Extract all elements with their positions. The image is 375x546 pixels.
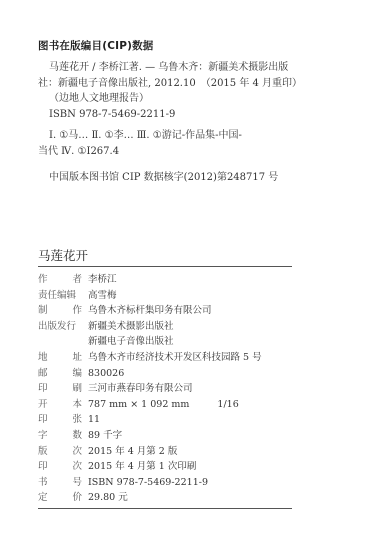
cip-entry-line: 马莲花开 / 李桥江著. — 乌鲁木齐：新疆美术摄影出版 (38, 60, 328, 76)
detail-value: 新疆美术摄影出版社 (86, 319, 174, 335)
detail-label: 地址 (38, 350, 86, 366)
detail-row-publisher-2: 新疆电子音像出版社 (38, 334, 298, 350)
detail-label: 印张 (38, 412, 86, 428)
detail-row-publisher: 出版发行 新疆美术摄影出版社 (38, 319, 298, 335)
detail-value: 2015 年 4 月第 2 版 (86, 444, 177, 460)
detail-row-isbn: 书号 ISBN 978-7-5469-2211-9 (38, 475, 298, 491)
cip-heading: 图书在版编目(CIP)数据 (38, 38, 154, 53)
detail-value: 11 (86, 412, 100, 428)
cip-classification: Ⅰ. ①马… Ⅱ. ①李… Ⅲ. ①游记-作品集-中国- 当代 Ⅳ. ①I267… (38, 128, 328, 159)
detail-row-production: 制作 乌鲁木齐标杆集印务有限公司 (38, 303, 298, 319)
detail-value: 89 千字 (86, 428, 122, 444)
detail-value: 新疆电子音像出版社 (86, 334, 174, 350)
detail-row-word-count: 字数 89 千字 (38, 428, 298, 444)
detail-label (38, 334, 86, 350)
detail-label: 作者 (38, 272, 86, 288)
book-title: 马莲花开 (38, 246, 88, 264)
detail-value: 乌鲁木齐标杆集印务有限公司 (86, 303, 212, 319)
detail-value: 三河市燕春印务有限公司 (86, 381, 193, 397)
cip-series-line: （边地人文地理报告） (38, 91, 328, 107)
detail-label: 印刷 (38, 381, 86, 397)
detail-label: 印次 (38, 459, 86, 475)
detail-label: 字数 (38, 428, 86, 444)
detail-row-edition: 版次 2015 年 4 月第 2 版 (38, 444, 298, 460)
cip-isbn-line: ISBN 978-7-5469-2211-9 (38, 107, 328, 123)
detail-row-address: 地址 乌鲁木齐市经济技术开发区科技园路 5 号 (38, 350, 298, 366)
detail-value: 787 mm × 1 092 mm1/16 (86, 397, 239, 413)
detail-label: 制作 (38, 303, 86, 319)
detail-value: ISBN 978-7-5469-2211-9 (86, 475, 208, 491)
detail-row-printing: 印次 2015 年 4 月第 1 次印刷 (38, 459, 298, 475)
detail-label: 邮编 (38, 366, 86, 382)
divider-bottom (38, 508, 292, 509)
detail-row-author: 作者 李桥江 (38, 272, 298, 288)
cip-record-number: 中国版本图书馆 CIP 数据核字(2012)第248717 号 (38, 170, 328, 186)
cip-classification-line: Ⅰ. ①马… Ⅱ. ①李… Ⅲ. ①游记-作品集-中国- (38, 128, 328, 144)
detail-label: 开本 (38, 397, 86, 413)
detail-label: 版次 (38, 444, 86, 460)
detail-row-printer: 印刷 三河市燕春印务有限公司 (38, 381, 298, 397)
cip-classification-line: 当代 Ⅳ. ①I267.4 (38, 144, 328, 160)
detail-row-sheets: 印张 11 (38, 412, 298, 428)
detail-row-format: 开本 787 mm × 1 092 mm1/16 (38, 397, 298, 413)
detail-value: 高雪梅 (86, 288, 117, 304)
book-details: 作者 李桥江 责任编辑 高雪梅 制作 乌鲁木齐标杆集印务有限公司 出版发行 新疆… (38, 272, 298, 506)
detail-value: 29.80 元 (86, 490, 128, 506)
detail-row-postcode: 邮编 830026 (38, 366, 298, 382)
detail-value: 830026 (86, 366, 124, 382)
detail-row-price: 定价 29.80 元 (38, 490, 298, 506)
cip-entry-line: 社：新疆电子音像出版社, 2012.10 （2015 年 4 月重印） (38, 76, 328, 92)
detail-value: 2015 年 4 月第 1 次印刷 (86, 459, 196, 475)
cip-catalog-entry: 马莲花开 / 李桥江著. — 乌鲁木齐：新疆美术摄影出版 社：新疆电子音像出版社… (38, 60, 328, 122)
divider-top (38, 266, 292, 267)
detail-row-editor: 责任编辑 高雪梅 (38, 288, 298, 304)
cip-record-line: 中国版本图书馆 CIP 数据核字(2012)第248717 号 (38, 170, 328, 186)
detail-value: 乌鲁木齐市经济技术开发区科技园路 5 号 (86, 350, 262, 366)
detail-label: 出版发行 (38, 319, 86, 335)
detail-label: 书号 (38, 475, 86, 491)
detail-label: 责任编辑 (38, 288, 86, 304)
detail-value: 李桥江 (86, 272, 117, 288)
detail-label: 定价 (38, 490, 86, 506)
